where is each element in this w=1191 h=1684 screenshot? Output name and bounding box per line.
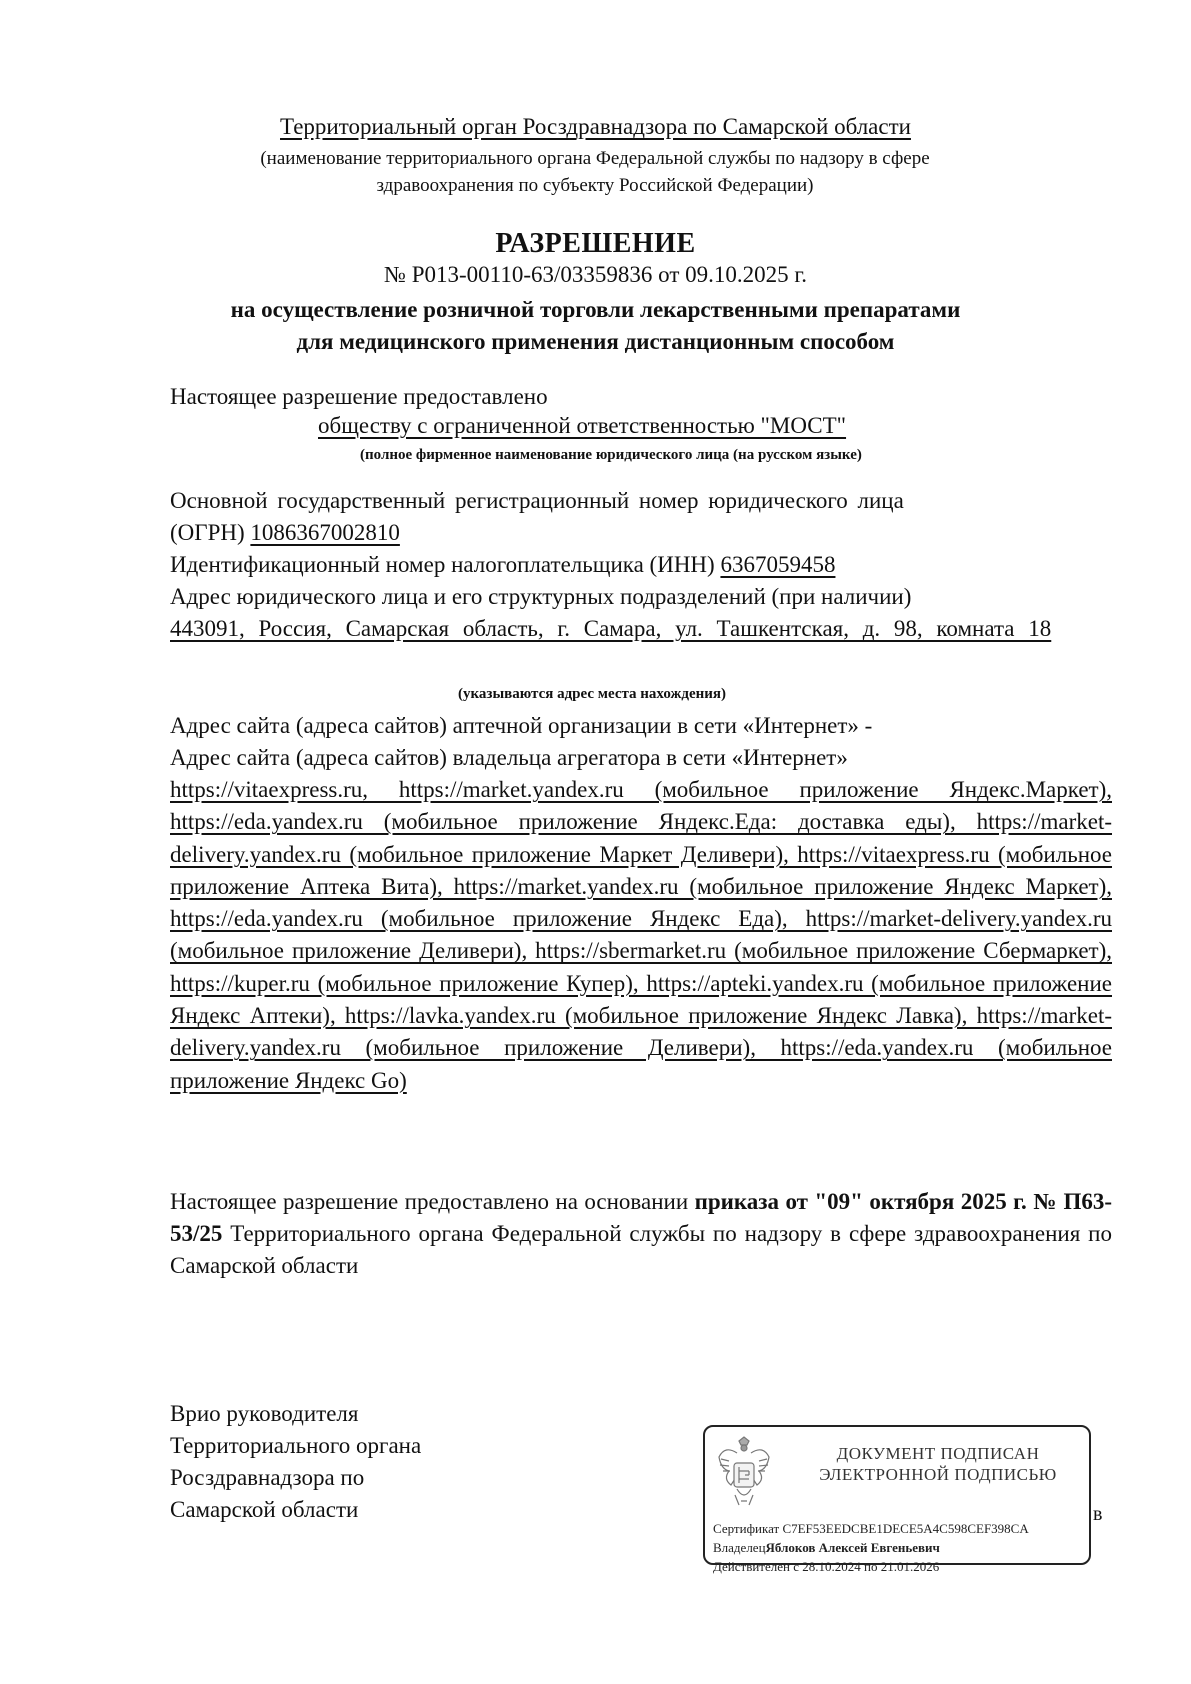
issuing-authority-name: Территориальный орган Росздравнадзора по… — [0, 114, 1191, 140]
issuing-authority-caption: (наименование территориального органа Фе… — [190, 145, 1000, 199]
stamp-owner: ВладелецЯблоков Алексей Евгеньевич — [713, 1540, 940, 1556]
stamp-title: ДОКУМЕНТ ПОДПИСАН ЭЛЕКТРОННОЙ ПОДПИСЬЮ — [793, 1443, 1083, 1485]
address-value: 443091, Россия, Самарская область, г. Са… — [170, 613, 1112, 645]
address-label: Адрес юридического лица и его структурны… — [170, 581, 1112, 613]
ogrn-row: (ОГРН) 1086367002810 — [170, 517, 1112, 549]
inn-value: 6367059458 — [720, 552, 835, 577]
aggregator-site-label: Адрес сайта (адреса сайтов) владельца аг… — [170, 742, 1112, 774]
ogrn-label: Основной государственный регистрационный… — [170, 485, 1112, 517]
signer-position: Врио руководителя Территориального орган… — [170, 1398, 421, 1526]
signer-name-fragment: в — [1093, 1503, 1102, 1526]
stamp-certificate: Сертификат C7EF53EEDCBE1DECE5A4C598CEF39… — [713, 1521, 1029, 1537]
company-name-caption: (полное фирменное наименование юридическ… — [360, 447, 862, 464]
coat-of-arms-emblem-icon — [715, 1435, 773, 1511]
ogrn-value: 1086367002810 — [250, 520, 400, 545]
grantee-intro: Настоящее разрешение предоставлено — [170, 381, 1112, 413]
inn-row: Идентификационный номер налогоплательщик… — [170, 549, 1112, 581]
pharmacy-site-label: Адрес сайта (адреса сайтов) аптечной орг… — [170, 710, 1112, 742]
aggregator-sites-list: https://vitaexpress.ru, https://market.y… — [170, 774, 1112, 1097]
address-caption: (указываются адрес места нахождения) — [458, 686, 726, 703]
document-number: № Р013-00110-63/03359836 от 09.10.2025 г… — [0, 262, 1191, 288]
stamp-validity: Действителен с 28.10.2024 по 21.01.2026 — [713, 1559, 939, 1575]
company-name: обществу с ограниченной ответственностью… — [318, 413, 846, 439]
permit-basis: Настоящее разрешение предоставлено на ос… — [170, 1186, 1112, 1282]
permit-document: Территориальный орган Росздравнадзора по… — [0, 0, 1191, 1684]
electronic-signature-stamp: ДОКУМЕНТ ПОДПИСАН ЭЛЕКТРОННОЙ ПОДПИСЬЮ С… — [703, 1425, 1091, 1565]
document-subject: на осуществление розничной торговли лека… — [0, 294, 1191, 358]
document-title: РАЗРЕШЕНИЕ — [0, 228, 1191, 260]
